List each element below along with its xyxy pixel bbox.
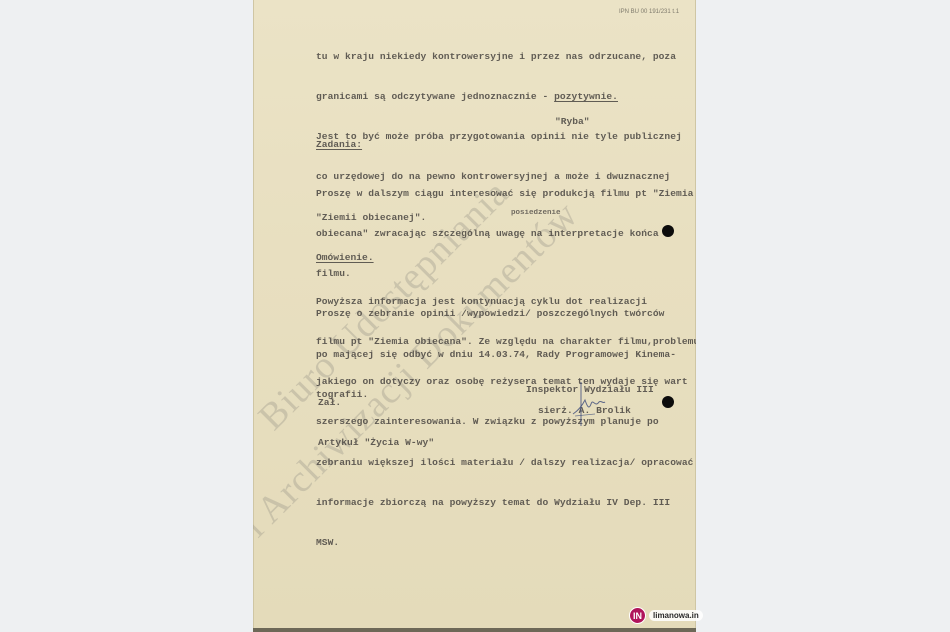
attachment-item: Artykuł "Życia W-wy": [318, 436, 434, 449]
archive-reference: IPN BU 00 191/231 t.1: [619, 9, 679, 15]
intro-line: tu w kraju niekiedy kontrowersyjne i prz…: [316, 50, 682, 63]
tasks-heading: Zadania:: [316, 139, 362, 150]
punch-hole-top: [662, 225, 674, 237]
discussion-heading: Omówienie.: [316, 252, 374, 263]
handwritten-annotation: posiedzenie: [511, 209, 561, 217]
logo-text: limanowa.in: [649, 610, 703, 621]
discussion-line: filmu pt "Ziemia obiecana". Ze względu n…: [316, 335, 696, 348]
punch-hole-bottom: [662, 396, 674, 408]
scanned-document-page: Biuro Udostępniania i Archiwizacji Dokum…: [253, 0, 696, 632]
attachment-label: Zał.: [318, 396, 434, 409]
underlined-word: pozytywnie.: [554, 91, 618, 102]
pseudonym: "Ryba": [555, 116, 590, 127]
tasks-line: Proszę w dalszym ciągu interesować się p…: [316, 187, 693, 200]
site-logo[interactable]: IN limanowa.in: [629, 607, 703, 624]
intro-line-text: granicami są odczytywane jednoznacznie -: [316, 91, 554, 102]
logo-mark-icon: IN: [629, 607, 646, 624]
intro-line: Jest to być może próba przygotowania opi…: [316, 130, 682, 143]
intro-line: granicami są odczytywane jednoznacznie -…: [316, 90, 682, 103]
discussion-line: informacje zbiorczą na powyższy temat do…: [316, 496, 696, 509]
discussion-line: MSW.: [316, 536, 696, 549]
tasks-line: obiecana" zwracając szczególną uwagę na …: [316, 227, 693, 240]
discussion-line: Powyższa informacja jest kontynuacją cyk…: [316, 295, 696, 308]
handwritten-signature-icon: [571, 380, 611, 428]
attachment-block: Zał. Artykuł "Życia W-wy": [318, 369, 434, 476]
